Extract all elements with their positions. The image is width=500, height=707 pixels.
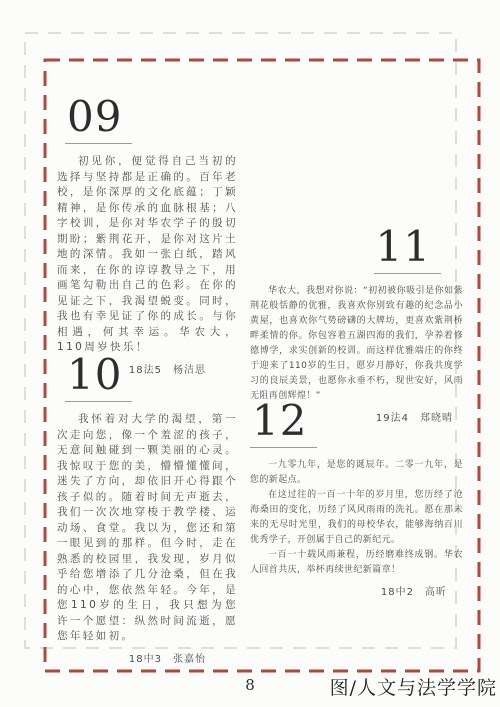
- section-10-number: 10: [65, 354, 238, 402]
- section-09-number: 09: [65, 96, 238, 144]
- section-10: 10 我怀着对大学的渴望，第一次走向您，像一个羞涩的孩子，无意间触碰到一颗美丽的…: [57, 354, 238, 665]
- section-09: 09 初见你，便觉得自己当初的选择与坚持都是正确的。百年老校，是你深厚的文化底蕴…: [57, 96, 238, 376]
- section-09-number-text: 09: [65, 96, 132, 144]
- section-10-number-text: 10: [65, 354, 132, 402]
- section-11-number-text: 11: [374, 226, 441, 274]
- section-11-number: 11: [250, 226, 441, 274]
- section-12-paragraph-3: 一百一十载风雨兼程，历经磨难终成钢。华农人回首共庆，举杯再续世纪新篇章！: [250, 548, 463, 578]
- section-12: 12 一九零九年，是您的诞辰年。二零一九年，是您的新起点。 在这过往的一百一十年…: [250, 400, 463, 598]
- section-12-number: 12: [250, 400, 463, 448]
- section-12-number-text: 12: [250, 400, 317, 448]
- section-09-paragraph: 初见你，便觉得自己当初的选择与坚持都是正确的。百年老校，是你深厚的文化底蕴；丁颖…: [57, 154, 238, 356]
- section-12-paragraph-2: 在这过往的一百一十年的岁月里，您历经了沧海桑田的变化，历经了风风雨雨的洗礼。愿在…: [250, 488, 463, 548]
- section-11: 11 华农大，我想对你说：“初初被你吸引是你如紫荆花般恬静的优雅，我喜欢你别致有…: [250, 226, 463, 424]
- section-11-paragraph: 华农大，我想对你说：“初初被你吸引是你如紫荆花般恬静的优雅，我喜欢你别致有趣的纪…: [250, 284, 463, 404]
- section-12-paragraph-1: 一九零九年，是您的诞辰年。二零一九年，是您的新起点。: [250, 458, 463, 488]
- magazine-page: 09 初见你，便觉得自己当初的选择与坚持都是正确的。百年老校，是你深厚的文化底蕴…: [0, 0, 500, 707]
- section-12-author: 18中2 高昕: [250, 583, 463, 598]
- photo-credit: 图/人文与法学学院: [330, 673, 497, 700]
- section-10-author: 18中3 张嘉怡: [57, 650, 238, 665]
- section-10-paragraph: 我怀着对大学的渴望，第一次走向您，像一个羞涩的孩子，无意间触碰到一颗美丽的心灵。…: [57, 412, 238, 645]
